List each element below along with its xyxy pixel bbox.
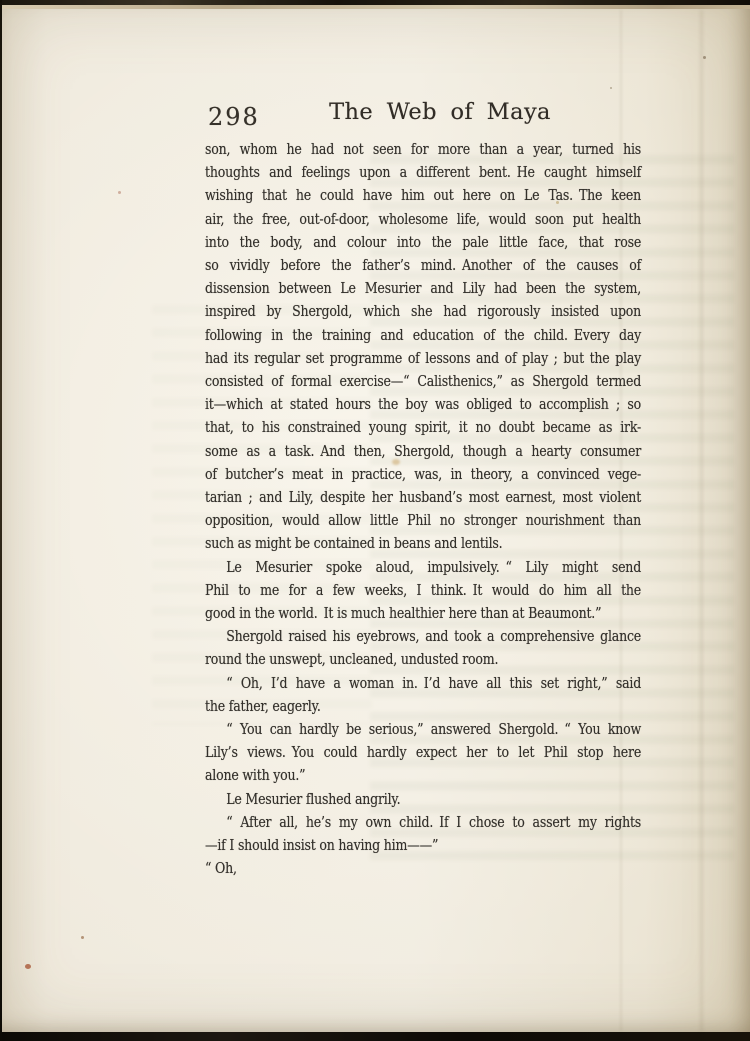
paragraph: “ Oh, I’d have a woman in. I’d have all … (205, 672, 641, 718)
text-line: so vividly before the father’s mind. Ano… (205, 254, 641, 277)
text-line: son, whom he had not seen for more than … (205, 138, 641, 161)
paragraph: “ After all, he’s my own child. If I cho… (205, 811, 641, 857)
text-line: Shergold raised his eyebrows, and took a… (205, 625, 641, 648)
text-line: “ After all, he’s my own child. If I cho… (205, 811, 641, 834)
text-line: opposition, would allow little Phil no s… (205, 509, 641, 532)
scan-edge-bottom (0, 1032, 750, 1041)
text-line: tarian ; and Lily, despite her husband’s… (205, 486, 641, 509)
paragraph: “ You can hardly be serious,” answered S… (205, 718, 641, 788)
scan-edge-left (0, 0, 2, 1041)
text-line: following in the training and education … (205, 324, 641, 347)
text-line: inspired by Shergold, which she had rigo… (205, 300, 641, 323)
text-line: into the body, and colour into the pale … (205, 231, 641, 254)
text-line: of butcher’s meat in practice, was, in t… (205, 463, 641, 486)
text-line: some as a task. And then, Shergold, thou… (205, 440, 641, 463)
paragraph: Shergold raised his eyebrows, and took a… (205, 625, 641, 671)
text-line: such as might be contained in beans and … (205, 532, 641, 555)
text-line: Phil to me for a few weeks, I think. It … (205, 579, 641, 602)
paragraph: son, whom he had not seen for more than … (205, 138, 641, 556)
text-line: —if I should insist on having him——” (205, 834, 641, 857)
text-line: Le Mesurier flushed angrily. (205, 788, 641, 811)
text-line: that, to his constrained young spirit, i… (205, 416, 641, 439)
text-line: the father, eagerly. (205, 695, 641, 718)
text-line: dissension between Le Mesurier and Lily … (205, 277, 641, 300)
text-line: “ Oh, I’d have a woman in. I’d have all … (205, 672, 641, 695)
catchword: “ Oh, (205, 857, 641, 880)
text-line: air, the free, out-of-door, wholesome li… (205, 208, 641, 231)
page-header: 298 The Web of Maya (0, 99, 750, 131)
text-line: Lily’s views. You could hardly expect he… (205, 741, 641, 764)
text-line: thoughts and feelings upon a different b… (205, 161, 641, 184)
text-line: it—which at stated hours the boy was obl… (205, 393, 641, 416)
paragraph: Le Mesurier flushed angrily. (205, 788, 641, 811)
text-line: consisted of formal exercise—“ Calisthen… (205, 370, 641, 393)
text-line: alone with you.” (205, 764, 641, 787)
text-line: “ You can hardly be serious,” answered S… (205, 718, 641, 741)
text-line: round the unswept, uncleaned, undusted r… (205, 648, 641, 671)
text-line: wishing that he could have him out here … (205, 184, 641, 207)
text-line: good in the world. It is much healthier … (205, 602, 641, 625)
text-line: Le Mesurier spoke aloud, impulsively. “ … (205, 556, 641, 579)
paragraph: Le Mesurier spoke aloud, impulsively. “ … (205, 556, 641, 626)
page-number: 298 (208, 103, 260, 131)
text-block: son, whom he had not seen for more than … (205, 138, 641, 881)
running-title: The Web of Maya (329, 99, 551, 125)
page-edge-top (2, 5, 750, 9)
text-line: had its regular set programme of lessons… (205, 347, 641, 370)
